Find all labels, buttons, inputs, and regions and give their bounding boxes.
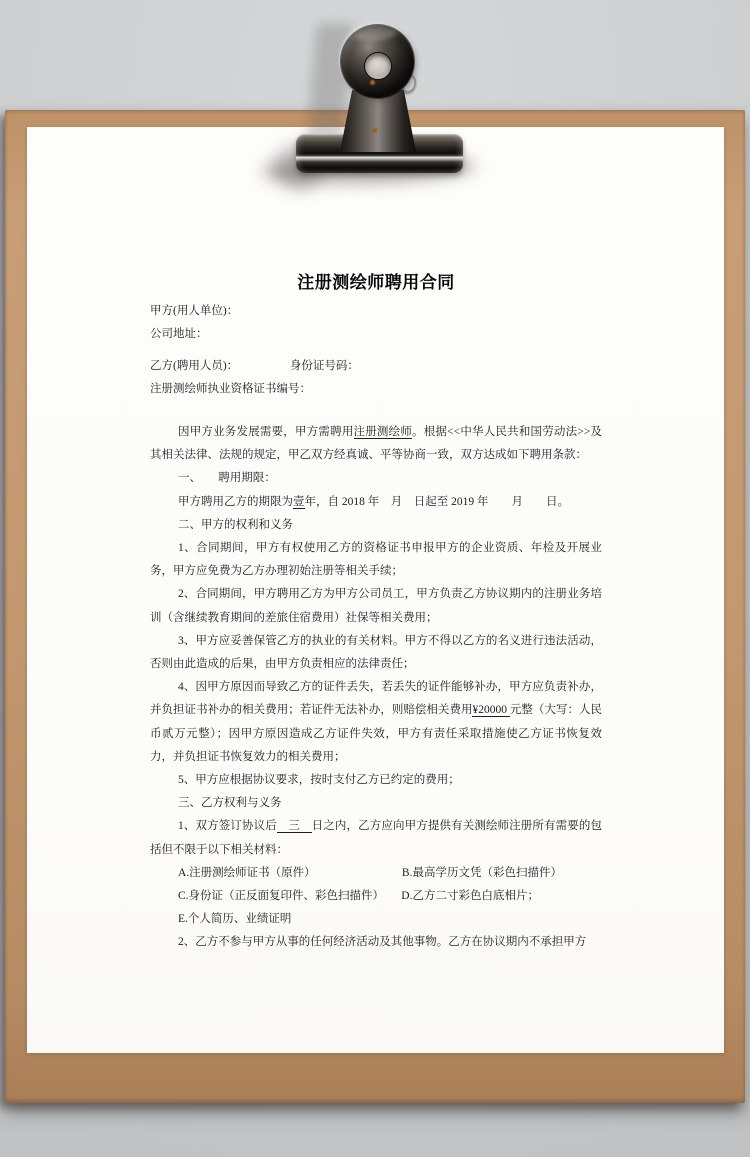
clip-knob (341, 25, 414, 98)
document-fields: 甲方(用人单位)：公司地址：乙方(聘用人员)： 身份证号码：注册测绘师执业资格证… (150, 300, 602, 401)
field-line: 乙方(聘用人员)： 身份证号码： (150, 355, 602, 378)
text-segment: A.注册测绘师证书（原件） B.最高学历文凭（彩色扫描件） (178, 867, 562, 879)
paragraph: E.个人简历、业绩证明 (150, 908, 602, 931)
text-segment: 三、乙方权利与义务 (178, 797, 282, 809)
underlined-text: ¥20000 (472, 704, 509, 717)
field-line: 甲方(用人单位)： (150, 300, 602, 323)
paragraph: 一、 聘用期限： (150, 467, 602, 490)
contract-document: 注册测绘师聘用合同 甲方(用人单位)：公司地址：乙方(聘用人员)： 身份证号码：… (27, 127, 724, 1053)
clip-hook (399, 73, 418, 95)
clip-knob-highlight (354, 27, 397, 43)
clip-knob-hole (364, 52, 392, 80)
text-segment: 2、乙方不参与甲方从事的任何经济活动及其他事物。乙方在协议期内不承担甲方 (178, 936, 586, 948)
paragraph: A.注册测绘师证书（原件） B.最高学历文凭（彩色扫描件） (150, 862, 602, 885)
underlined-text: 三 (277, 820, 312, 833)
text-segment: 二、甲方的权利和义务 (178, 519, 293, 531)
paragraph: 1、合同期间，甲方有权使用乙方的资格证书申报甲方的企业资质、年检及开展业务，甲方… (150, 537, 602, 583)
paragraph: 因甲方业务发展需要，甲方需聘用注册测绘师。根据<<中华人民共和国劳动法>>及其相… (150, 421, 602, 467)
text-segment: 一、 聘用期限： (178, 472, 276, 484)
text-segment: 1、合同期间，甲方有权使用乙方的资格证书申报甲方的企业资质、年检及开展业务，甲方… (150, 542, 602, 577)
underlined-text: 壹 (293, 496, 305, 509)
text-segment: 年，自 2018 年 月 日起至 2019 年 月 日。 (305, 496, 570, 508)
paragraph: 三、乙方权利与义务 (150, 792, 602, 815)
text-segment: 甲方聘用乙方的期限为 (178, 496, 293, 508)
background-wall: 注册测绘师聘用合同 甲方(用人单位)：公司地址：乙方(聘用人员)： 身份证号码：… (0, 0, 750, 1157)
paragraph: 二、甲方的权利和义务 (150, 514, 602, 537)
paragraph: 甲方聘用乙方的期限为壹年，自 2018 年 月 日起至 2019 年 月 日。 (150, 491, 602, 514)
document-body: 因甲方业务发展需要，甲方需聘用注册测绘师。根据<<中华人民共和国劳动法>>及其相… (150, 421, 602, 955)
paragraph: 3、甲方应妥善保管乙方的执业的有关材料。甲方不得以乙方的名义进行违法活动，否则由… (150, 630, 602, 676)
text-segment: 5、甲方应根据协议要求，按时支付乙方已约定的费用； (178, 774, 460, 786)
paragraph: 5、甲方应根据协议要求，按时支付乙方已约定的费用； (150, 769, 602, 792)
text-segment: C.身份证（正反面复印件、彩色扫描件） D.乙方二寸彩色白底相片； (178, 890, 539, 902)
contract-page: 注册测绘师聘用合同 甲方(用人单位)：公司地址：乙方(聘用人员)： 身份证号码：… (27, 127, 724, 1053)
paragraph: 2、乙方不参与甲方从事的任何经济活动及其他事物。乙方在协议期内不承担甲方 (150, 931, 602, 954)
document-title: 注册测绘师聘用合同 (150, 273, 602, 293)
text-segment: E.个人简历、业绩证明 (178, 913, 291, 925)
text-segment: 1、双方签订协议后 (178, 820, 277, 832)
clip-reflection-dot (370, 80, 375, 85)
paragraph: 1、双方签订协议后 三 日之内，乙方应向甲方提供有关测绘师注册所有需要的包括但不… (150, 815, 602, 861)
paragraph: 2、合同期间，甲方聘用乙方为甲方公司员工，甲方负责乙方协议期内的注册业务培训（含… (150, 583, 602, 629)
underlined-text: 注册测绘师 (354, 426, 413, 439)
paragraph: 4、因甲方原因而导致乙方的证件丢失，若丢失的证件能够补办，甲方应负责补办，并负担… (150, 676, 602, 769)
field-line: 公司地址： (150, 323, 602, 346)
paragraph: C.身份证（正反面复印件、彩色扫描件） D.乙方二寸彩色白底相片； (150, 885, 602, 908)
text-segment: 2、合同期间，甲方聘用乙方为甲方公司员工，甲方负责乙方协议期内的注册业务培训（含… (150, 588, 602, 623)
text-segment: 因甲方业务发展需要，甲方需聘用 (178, 426, 354, 438)
field-line: 注册测绘师执业资格证书编号： (150, 378, 602, 401)
text-segment: 3、甲方应妥善保管乙方的执业的有关材料。甲方不得以乙方的名义进行违法活动，否则由… (150, 635, 602, 670)
